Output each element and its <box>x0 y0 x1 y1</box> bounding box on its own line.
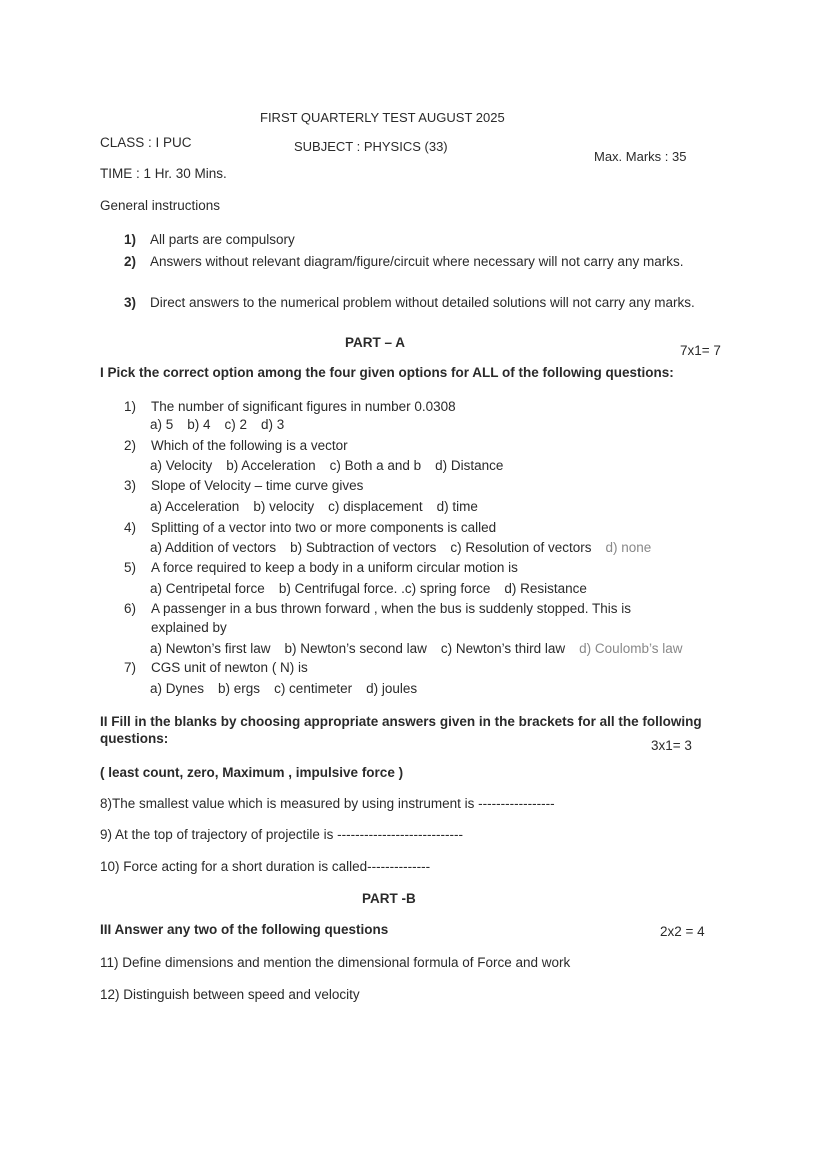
mcq-question: 3)Slope of Velocity – time curve gives <box>124 478 363 493</box>
question-text: A force required to keep a body in a uni… <box>151 560 518 575</box>
mcq-question: 7)CGS unit of newton ( N) is <box>124 660 308 675</box>
option: c) 2 <box>225 417 248 432</box>
question-number: 3) <box>124 478 151 493</box>
class-label: CLASS : I PUC <box>100 135 192 150</box>
mcq-question: 2)Which of the following is a vector <box>124 438 348 453</box>
question-number: 7) <box>124 660 151 675</box>
option: d) joules <box>366 681 417 696</box>
instruction-item: 1) All parts are compulsory <box>124 232 744 247</box>
option: d) time <box>437 499 478 514</box>
exam-title: FIRST QUARTERLY TEST AUGUST 2025 <box>260 110 505 125</box>
question-number: 6) <box>124 601 151 616</box>
question-number: 2) <box>124 438 151 453</box>
mcq-question: 5)A force required to keep a body in a u… <box>124 560 518 575</box>
option: a) Velocity <box>150 458 212 473</box>
part-a-heading: PART – A <box>345 335 405 350</box>
section-ii-title-cont: questions: <box>100 731 168 746</box>
subject-label: SUBJECT : PHYSICS (33) <box>294 139 448 154</box>
blank-question: 8)The smallest value which is measured b… <box>100 796 555 811</box>
option: c) Both a and b <box>330 458 422 473</box>
question-text: Slope of Velocity – time curve gives <box>151 478 363 493</box>
option: d) Resistance <box>504 581 587 596</box>
question-text: Splitting of a vector into two or more c… <box>151 520 496 535</box>
option: a) Centripetal force <box>150 581 265 596</box>
option: a) Addition of vectors <box>150 540 276 555</box>
option: b) Centrifugal force. .c) spring force <box>279 581 491 596</box>
option: c) Resolution of vectors <box>450 540 591 555</box>
question-text: The number of significant figures in num… <box>151 399 456 414</box>
blank-choices: ( least count, zero, Maximum , impulsive… <box>100 765 403 780</box>
option: c) Newton’s third law <box>441 641 565 656</box>
max-marks: Max. Marks : 35 <box>594 149 686 164</box>
option: a) Dynes <box>150 681 204 696</box>
part-b-heading: PART -B <box>362 891 416 906</box>
mcq-question: 4)Splitting of a vector into two or more… <box>124 520 496 535</box>
option: d) none <box>605 540 651 555</box>
option: d) Coulomb’s law <box>579 641 682 656</box>
section-i-title: I Pick the correct option among the four… <box>100 365 674 380</box>
part-b-question: 11) Define dimensions and mention the di… <box>100 955 570 970</box>
mcq-options: a) Newton’s first lawb) Newton’s second … <box>150 641 696 656</box>
question-text-cont: explained by <box>151 620 227 635</box>
question-text: Which of the following is a vector <box>151 438 348 453</box>
mcq-options: a) Velocityb) Accelerationc) Both a and … <box>150 458 517 473</box>
instruction-number: 1) <box>124 232 136 247</box>
option: a) Acceleration <box>150 499 239 514</box>
option: d) Distance <box>435 458 503 473</box>
mcq-question: 1)The number of significant figures in n… <box>124 399 456 414</box>
mcq-options: a) Centripetal forceb) Centrifugal force… <box>150 581 601 596</box>
instruction-number: 2) <box>124 253 136 270</box>
instruction-item: 3) Direct answers to the numerical probl… <box>124 294 744 311</box>
blank-question: 10) Force acting for a short duration is… <box>100 859 430 874</box>
section-ii-marks: 3x1= 3 <box>651 738 692 753</box>
mcq-options: a) 5b) 4c) 2d) 3 <box>150 417 298 432</box>
instruction-text: All parts are compulsory <box>150 232 744 247</box>
option: b) Subtraction of vectors <box>290 540 436 555</box>
option: d) 3 <box>261 417 284 432</box>
section-iii-title: III Answer any two of the following ques… <box>100 922 388 937</box>
question-text: CGS unit of newton ( N) is <box>151 660 308 675</box>
section-iii-marks: 2x2 = 4 <box>660 924 705 939</box>
question-number: 1) <box>124 399 151 414</box>
part-a-marks: 7x1= 7 <box>680 343 721 358</box>
option: c) displacement <box>328 499 423 514</box>
section-ii-title: II Fill in the blanks by choosing approp… <box>100 714 702 729</box>
time-label: TIME : 1 Hr. 30 Mins. <box>100 166 227 181</box>
instruction-item: 2) Answers without relevant diagram/figu… <box>124 253 744 270</box>
part-b-question: 12) Distinguish between speed and veloci… <box>100 987 360 1002</box>
blank-question: 9) At the top of trajectory of projectil… <box>100 827 463 842</box>
option: a) 5 <box>150 417 173 432</box>
question-text: A passenger in a bus thrown forward , wh… <box>151 601 631 616</box>
mcq-options: a) Addition of vectorsb) Subtraction of … <box>150 540 665 555</box>
question-number: 5) <box>124 560 151 575</box>
instruction-text: Direct answers to the numerical problem … <box>150 294 744 311</box>
question-number: 4) <box>124 520 151 535</box>
option: b) velocity <box>253 499 314 514</box>
option: c) centimeter <box>274 681 352 696</box>
instruction-number: 3) <box>124 294 136 311</box>
mcq-options: a) Accelerationb) velocityc) displacemen… <box>150 499 492 514</box>
mcq-question: 6)A passenger in a bus thrown forward , … <box>124 601 631 616</box>
option: b) Acceleration <box>226 458 315 473</box>
option: a) Newton’s first law <box>150 641 271 656</box>
instruction-text: Answers without relevant diagram/figure/… <box>150 253 744 270</box>
option: b) ergs <box>218 681 260 696</box>
general-instructions-heading: General instructions <box>100 198 220 213</box>
option: b) Newton’s second law <box>285 641 427 656</box>
mcq-options: a) Dynesb) ergsc) centimeterd) joules <box>150 681 431 696</box>
option: b) 4 <box>187 417 210 432</box>
